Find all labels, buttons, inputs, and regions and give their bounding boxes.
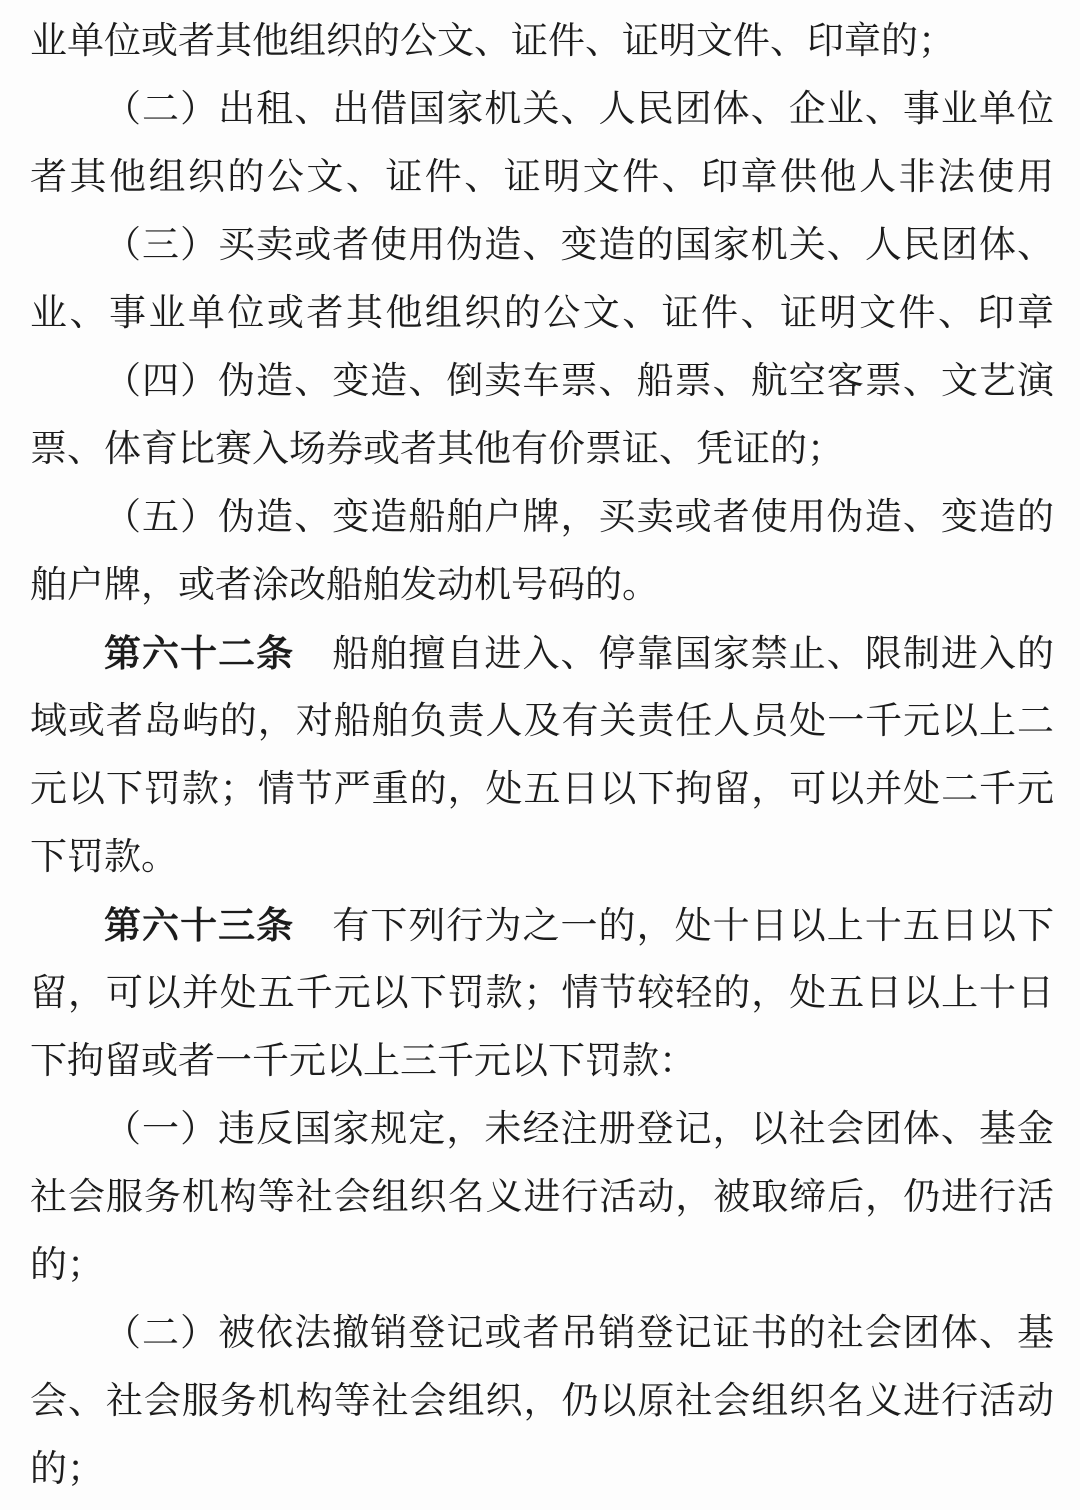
text-segment: 的； xyxy=(30,1449,104,1490)
text-segment: 域或者岛屿的，对船舶负责人及有关责任人员处一千元以上二千 xyxy=(30,701,1054,756)
text-line: 下罚款。 xyxy=(30,824,1054,892)
document-page: 业单位或者其他组织的公文、证件、证明文件、印章的；（二）出租、出借国家机关、人民… xyxy=(0,0,1080,1510)
text-line: 元以下罚款；情节严重的，处五日以下拘留，可以并处二千元以 xyxy=(30,756,1054,824)
text-line: （五）伪造、变造船舶户牌，买卖或者使用伪造、变造的船 xyxy=(30,484,1054,552)
text-segment: 业、事业单位或者其他组织的公文、证件、证明文件、印章的； xyxy=(30,293,1054,348)
text-line: 第六十二条 船舶擅自进入、停靠国家禁止、限制进入的水 xyxy=(30,620,1054,688)
text-segment: 元以下罚款；情节严重的，处五日以下拘留，可以并处二千元以 xyxy=(30,769,1054,824)
text-line: 业、事业单位或者其他组织的公文、证件、证明文件、印章的； xyxy=(30,280,1054,348)
text-line: （一）违反国家规定，未经注册登记，以社会团体、基金会、 xyxy=(30,1096,1054,1164)
text-line: （四）伪造、变造、倒卖车票、船票、航空客票、文艺演出 xyxy=(30,348,1054,416)
text-segment: （四）伪造、变造、倒卖车票、船票、航空客票、文艺演出 xyxy=(30,361,1054,416)
text-segment: 留，可以并处五千元以下罚款；情节较轻的，处五日以上十日以 xyxy=(30,973,1054,1028)
text-line: 业单位或者其他组织的公文、证件、证明文件、印章的； xyxy=(30,8,1054,76)
text-segment: 者其他组织的公文、证件、证明文件、印章供他人非法使用的； xyxy=(30,157,1054,212)
text-segment: 下罚款。 xyxy=(30,837,178,878)
text-line: （二）出租、出借国家机关、人民团体、企业、事业单位或 xyxy=(30,76,1054,144)
text-line: 第六十三条 有下列行为之一的，处十日以上十五日以下拘 xyxy=(30,892,1054,960)
text-line: （三）买卖或者使用伪造、变造的国家机关、人民团体、企 xyxy=(30,212,1054,280)
text-segment: 下拘留或者一千元以上三千元以下罚款： xyxy=(30,1041,696,1082)
text-line: 留，可以并处五千元以下罚款；情节较轻的，处五日以上十日以 xyxy=(30,960,1054,1028)
text-segment: 的； xyxy=(30,1245,104,1286)
text-segment: （五）伪造、变造船舶户牌，买卖或者使用伪造、变造的船 xyxy=(30,497,1054,552)
text-line: 下拘留或者一千元以上三千元以下罚款： xyxy=(30,1028,1054,1096)
text-segment: （二）被依法撤销登记或者吊销登记证书的社会团体、基金 xyxy=(30,1313,1054,1368)
document-text-column: 业单位或者其他组织的公文、证件、证明文件、印章的；（二）出租、出借国家机关、人民… xyxy=(30,8,1054,1504)
article-number: 第六十三条 xyxy=(104,905,294,946)
text-line: 的； xyxy=(30,1232,1054,1300)
text-segment: 票、体育比赛入场券或者其他有价票证、凭证的； xyxy=(30,429,844,470)
text-segment: （一）违反国家规定，未经注册登记，以社会团体、基金会、 xyxy=(30,1109,1054,1164)
text-line: 舶户牌，或者涂改船舶发动机号码的。 xyxy=(30,552,1054,620)
text-segment: 社会服务机构等社会组织名义进行活动，被取缔后，仍进行活动 xyxy=(30,1177,1054,1232)
text-segment: 会、社会服务机构等社会组织，仍以原社会组织名义进行活动 xyxy=(30,1381,1054,1422)
article-number: 第六十二条 xyxy=(104,633,294,674)
text-segment: （三）买卖或者使用伪造、变造的国家机关、人民团体、企 xyxy=(30,225,1054,280)
text-line: 票、体育比赛入场券或者其他有价票证、凭证的； xyxy=(30,416,1054,484)
text-line: 社会服务机构等社会组织名义进行活动，被取缔后，仍进行活动 xyxy=(30,1164,1054,1232)
text-line: 域或者岛屿的，对船舶负责人及有关责任人员处一千元以上二千 xyxy=(30,688,1054,756)
text-line: （二）被依法撤销登记或者吊销登记证书的社会团体、基金 xyxy=(30,1300,1054,1368)
text-segment: 舶户牌，或者涂改船舶发动机号码的。 xyxy=(30,565,659,606)
text-segment: （二）出租、出借国家机关、人民团体、企业、事业单位或 xyxy=(30,89,1054,144)
text-line: 的； xyxy=(30,1436,1054,1504)
text-segment: 业单位或者其他组织的公文、证件、证明文件、印章的； xyxy=(30,21,955,62)
text-line: 会、社会服务机构等社会组织，仍以原社会组织名义进行活动 xyxy=(30,1368,1054,1436)
text-line: 者其他组织的公文、证件、证明文件、印章供他人非法使用的； xyxy=(30,144,1054,212)
